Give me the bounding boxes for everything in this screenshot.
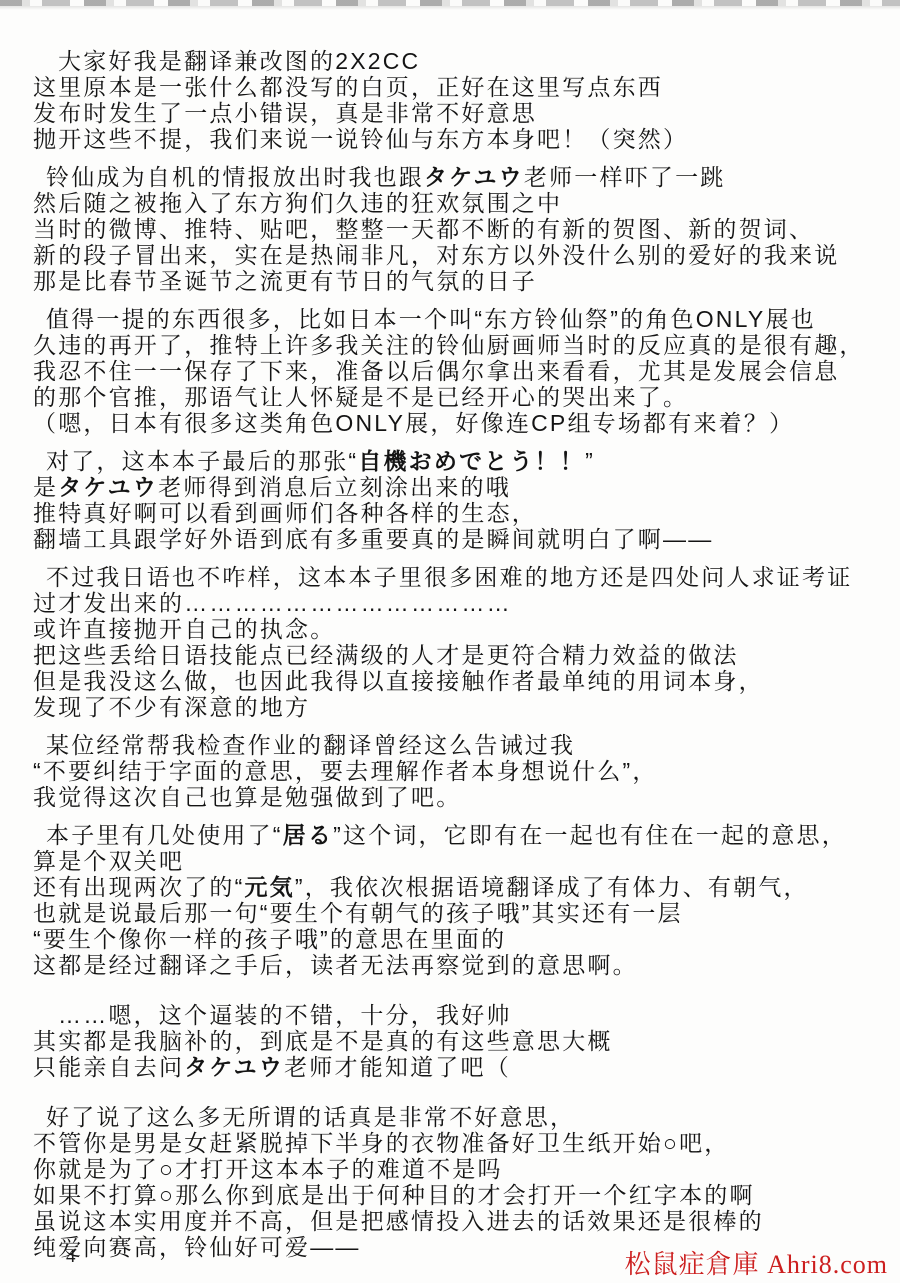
text-segment: 虽说这本实用度并不高，但是把感情投入进去的话效果还是很棒的 (33, 1208, 764, 1234)
text-segment: 我忍不住一一保存了下来，准备以后偶尔拿出来看看，尤其是发展会信息 (33, 358, 839, 384)
watermark-text: 松鼠症倉庫 Ahri8.com (625, 1244, 888, 1281)
text-line: 这里原本是一张什么都没写的白页，正好在这里写点东西 (33, 74, 886, 100)
text-line: 你就是为了○才打开这本本子的难道不是吗 (33, 1156, 886, 1182)
text-segment: 老师一样吓了一跳 (524, 164, 726, 190)
paragraph: 大家好我是翻译兼改图的2X2CC这里原本是一张什么都没写的白页，正好在这里写点东… (33, 48, 886, 152)
text-segment: 发现了不少有深意的地方 (33, 694, 310, 720)
text-segment: 其实都是我脑补的，到底是不是真的有这些意思大概 (33, 1028, 613, 1054)
text-line: 值得一提的东西很多，比如日本一个叫“东方铃仙祭”的角色ONLY展也 (33, 306, 886, 332)
text-segment: 翻墙工具跟学好外语到底有多重要真的是瞬间就明白了啊—— (33, 526, 713, 552)
emphasized-text: 居る (283, 822, 333, 848)
text-segment: 老师才能知道了吧（ (284, 1054, 511, 1080)
text-segment: 只能亲自去问 (33, 1054, 184, 1080)
text-segment: 推特真好啊可以看到画师们各种各样的生态， (33, 500, 537, 526)
emphasized-text: 自機おめでとう！！ (358, 448, 585, 474)
text-line: 的那个官推，那语气让人怀疑是不是已经开心的哭出来了。 (33, 384, 886, 410)
paragraph: 某位经常帮我检查作业的翻译曾经这么告诫过我“不要纠结于字面的意思，要去理解作者本… (33, 732, 886, 810)
text-segment: 这都是经过翻译之手后，读者无法再察觉到的意思啊。 (33, 952, 638, 978)
text-line: “要生个像你一样的孩子哦”的意思在里面的 (33, 926, 886, 952)
text-line: 发现了不少有深意的地方 (33, 694, 886, 720)
emphasized-text: 元気 (244, 874, 294, 900)
text-segment: 大家好我是翻译兼改图的2X2CC (58, 48, 420, 74)
text-line: 那是比春节圣诞节之流更有节日的气氛的日子 (33, 268, 886, 294)
text-segment: 把这些丢给日语技能点已经满级的人才是更符合精力效益的做法 (33, 642, 739, 668)
text-segment: 过才发出来的………………………………… (33, 590, 512, 616)
text-segment: ”，我依次根据语境翻译成了有体力、有朝气， (295, 874, 809, 900)
text-line: 还有出现两次了的“元気”，我依次根据语境翻译成了有体力、有朝气， (33, 874, 886, 900)
text-line: 新的段子冒出来，实在是热闹非凡，对东方以外没什么别的爱好的我来说 (33, 242, 886, 268)
text-line: 当时的微博、推特、贴吧，整整一天都不断的有新的贺图、新的贺词、 (33, 216, 886, 242)
text-segment: 不过我日语也不咋样，这本本子里很多困难的地方还是四处问人求证考证 (46, 564, 852, 590)
text-segment: 然后随之被拖入了东方狗们久违的狂欢氛围之中 (33, 190, 562, 216)
text-segment: 是 (33, 474, 58, 500)
text-segment: 但是我没这么做，也因此我得以直接接触作者最单纯的用词本身， (33, 668, 764, 694)
text-segment: ” (585, 448, 595, 474)
text-line: 发布时发生了一点小错误，真是非常不好意思 (33, 100, 886, 126)
text-line: 过才发出来的………………………………… (33, 590, 886, 616)
text-segment: “要生个像你一样的孩子哦”的意思在里面的 (33, 926, 506, 952)
text-line: 某位经常帮我检查作业的翻译曾经这么告诫过我 (33, 732, 886, 758)
text-line: 虽说这本实用度并不高，但是把感情投入进去的话效果还是很棒的 (33, 1208, 886, 1234)
text-line: 但是我没这么做，也因此我得以直接接触作者最单纯的用词本身， (33, 668, 886, 694)
scan-top-edge-fade (0, 6, 900, 10)
text-line: 如果不打算○那么你到底是出于何种目的才会打开一个红字本的啊 (33, 1182, 886, 1208)
text-segment: 或许直接抛开自己的执念。 (33, 616, 335, 642)
text-line: 铃仙成为自机的情报放出时我也跟タケユウ老师一样吓了一跳 (33, 164, 886, 190)
text-line: 把这些丢给日语技能点已经满级的人才是更符合精力效益的做法 (33, 642, 886, 668)
text-segment: 算是个双关吧 (33, 848, 184, 874)
text-segment: （嗯，日本有很多这类角色ONLY展，好像连CP组专场都有来着？） (33, 410, 794, 436)
text-line: 这都是经过翻译之手后，读者无法再察觉到的意思啊。 (33, 952, 886, 978)
text-line: 或许直接抛开自己的执念。 (33, 616, 886, 642)
scanned-document-page: 大家好我是翻译兼改图的2X2CC这里原本是一张什么都没写的白页，正好在这里写点东… (0, 0, 900, 1283)
text-line: （嗯，日本有很多这类角色ONLY展，好像连CP组专场都有来着？） (33, 410, 886, 436)
paragraph: 值得一提的东西很多，比如日本一个叫“东方铃仙祭”的角色ONLY展也久违的再开了，… (33, 306, 886, 436)
text-line: 大家好我是翻译兼改图的2X2CC (33, 48, 886, 74)
text-segment: 老师得到消息后立刻涂出来的哦 (158, 474, 511, 500)
text-segment: “不要纠结于字面的意思，要去理解作者本身想说什么”， (33, 758, 658, 784)
text-segment: 还有出现两次了的“ (33, 874, 244, 900)
text-line: 翻墙工具跟学好外语到底有多重要真的是瞬间就明白了啊—— (33, 526, 886, 552)
afterword-text-body: 大家好我是翻译兼改图的2X2CC这里原本是一张什么都没写的白页，正好在这里写点东… (33, 48, 886, 1272)
paragraph: 本子里有几处使用了“居る”这个词，它即有在一起也有住在一起的意思，算是个双关吧还… (33, 822, 886, 978)
paragraph: 好了说了这么多无所谓的话真是非常不好意思，不管你是男是女赶紧脱掉下半身的衣物准备… (33, 1104, 886, 1260)
text-segment: 我觉得这次自己也算是勉强做到了吧。 (33, 784, 461, 810)
text-line: 不管你是男是女赶紧脱掉下半身的衣物准备好卫生纸开始○吧， (33, 1130, 886, 1156)
text-segment: 发布时发生了一点小错误，真是非常不好意思 (33, 100, 537, 126)
text-line: 只能亲自去问タケユウ老师才能知道了吧（ (33, 1054, 886, 1080)
text-line: 好了说了这么多无所谓的话真是非常不好意思， (33, 1104, 886, 1130)
text-line: 推特真好啊可以看到画师们各种各样的生态， (33, 500, 886, 526)
text-line: 然后随之被拖入了东方狗们久违的狂欢氛围之中 (33, 190, 886, 216)
text-segment: 那是比春节圣诞节之流更有节日的气氛的日子 (33, 268, 537, 294)
text-segment: 抛开这些不提，我们来说一说铃仙与东方本身吧！（突然） (33, 126, 688, 152)
paragraph: 对了，这本本子最后的那张“自機おめでとう！！”是タケユウ老师得到消息后立刻涂出来… (33, 448, 886, 552)
text-segment: 某位经常帮我检查作业的翻译曾经这么告诫过我 (46, 732, 575, 758)
text-segment: ”这个词，它即有在一起也有住在一起的意思， (333, 822, 847, 848)
text-line: 其实都是我脑补的，到底是不是真的有这些意思大概 (33, 1028, 886, 1054)
text-line: 抛开这些不提，我们来说一说铃仙与东方本身吧！（突然） (33, 126, 886, 152)
emphasized-text: タケユウ (424, 164, 524, 190)
text-line: ……嗯，这个逼装的不错，十分，我好帅 (33, 1002, 886, 1028)
paragraph: ……嗯，这个逼装的不错，十分，我好帅其实都是我脑补的，到底是不是真的有这些意思大… (33, 1002, 886, 1080)
text-segment: 好了说了这么多无所谓的话真是非常不好意思， (46, 1104, 575, 1130)
text-segment: 的那个官推，那语气让人怀疑是不是已经开心的哭出来了。 (33, 384, 688, 410)
text-segment: 本子里有几处使用了“ (46, 822, 283, 848)
text-segment: 值得一提的东西很多，比如日本一个叫“东方铃仙祭”的角色ONLY展也 (46, 306, 816, 332)
text-segment: 久违的再开了，推特上许多我关注的铃仙厨画师当时的反应真的是很有趣， (33, 332, 865, 358)
text-line: 不过我日语也不咋样，这本本子里很多困难的地方还是四处问人求证考证 (33, 564, 886, 590)
text-segment: 这里原本是一张什么都没写的白页，正好在这里写点东西 (33, 74, 663, 100)
text-line: “不要纠结于字面的意思，要去理解作者本身想说什么”， (33, 758, 886, 784)
text-line: 久违的再开了，推特上许多我关注的铃仙厨画师当时的反应真的是很有趣， (33, 332, 886, 358)
text-line: 也就是说最后那一句“要生个有朝气的孩子哦”其实还有一层 (33, 900, 886, 926)
text-segment: 不管你是男是女赶紧脱掉下半身的衣物准备好卫生纸开始○吧， (33, 1130, 730, 1156)
text-segment: 纯爱向赛高，铃仙好可爱—— (33, 1234, 361, 1260)
page-number: 4 (66, 1246, 76, 1268)
text-segment: 铃仙成为自机的情报放出时我也跟 (46, 164, 424, 190)
text-line: 本子里有几处使用了“居る”这个词，它即有在一起也有住在一起的意思， (33, 822, 886, 848)
text-segment: 如果不打算○那么你到底是出于何种目的才会打开一个红字本的啊 (33, 1182, 755, 1208)
emphasized-text: タケユウ (184, 1054, 284, 1080)
text-segment: ……嗯，这个逼装的不错，十分，我好帅 (58, 1002, 512, 1028)
text-line: 我忍不住一一保存了下来，准备以后偶尔拿出来看看，尤其是发展会信息 (33, 358, 886, 384)
text-segment: 新的段子冒出来，实在是热闹非凡，对东方以外没什么别的爱好的我来说 (33, 242, 839, 268)
text-segment: 当时的微博、推特、贴吧，整整一天都不断的有新的贺图、新的贺词、 (33, 216, 814, 242)
text-segment: 对了，这本本子最后的那张“ (46, 448, 358, 474)
text-segment: 你就是为了○才打开这本本子的难道不是吗 (33, 1156, 503, 1182)
text-line: 我觉得这次自己也算是勉强做到了吧。 (33, 784, 886, 810)
text-line: 算是个双关吧 (33, 848, 886, 874)
paragraph: 铃仙成为自机的情报放出时我也跟タケユウ老师一样吓了一跳然后随之被拖入了东方狗们久… (33, 164, 886, 294)
text-segment: 也就是说最后那一句“要生个有朝气的孩子哦”其实还有一层 (33, 900, 683, 926)
emphasized-text: タケユウ (58, 474, 158, 500)
paragraph: 不过我日语也不咋样，这本本子里很多困难的地方还是四处问人求证考证过才发出来的……… (33, 564, 886, 720)
text-line: 对了，这本本子最后的那张“自機おめでとう！！” (33, 448, 886, 474)
text-line: 是タケユウ老师得到消息后立刻涂出来的哦 (33, 474, 886, 500)
